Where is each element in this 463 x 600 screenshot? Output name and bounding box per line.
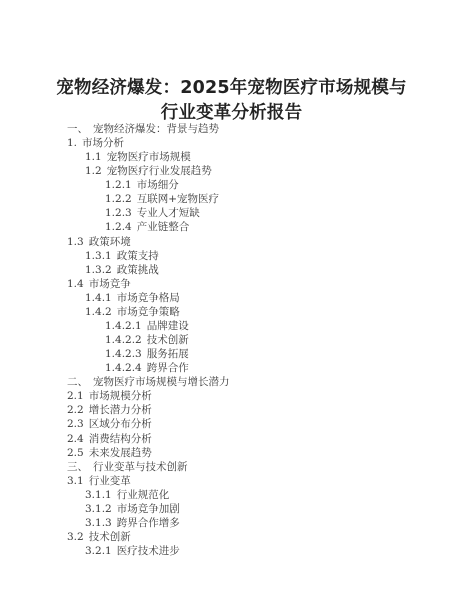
toc-entry-number: 1.4.1 — [85, 292, 112, 304]
toc-entry[interactable]: 3.1.3跨界合作增多 — [85, 516, 180, 530]
toc-entry-number: 3.1.1 — [85, 489, 112, 501]
toc-entry[interactable]: 1.4市场竞争 — [67, 277, 131, 291]
toc-entry[interactable]: 1.4.2.2技术创新 — [105, 333, 189, 347]
toc-entry-number: 1.2.4 — [105, 221, 132, 233]
toc-entry-text: 医疗技术进步 — [117, 545, 180, 557]
toc-entry[interactable]: 1.2宠物医疗行业发展趋势 — [85, 164, 212, 178]
toc-entry-text: 宠物经济爆发：背景与趋势 — [93, 123, 219, 135]
toc-entry-number: 1.4.2 — [85, 306, 112, 318]
toc-entry-text: 未来发展趋势 — [89, 447, 152, 459]
toc-entry-number: 1.3.2 — [85, 264, 112, 276]
toc-entry[interactable]: 1.2.2互联网+宠物医疗 — [105, 192, 219, 206]
toc-entry[interactable]: 1.4.1市场竞争格局 — [85, 291, 180, 305]
toc-entry-number: 2.5 — [67, 447, 84, 459]
toc-entry-text: 市场竞争格局 — [117, 292, 180, 304]
toc-entry[interactable]: 二、宠物医疗市场规模与增长潜力 — [67, 375, 230, 389]
toc-entry-text: 政策支持 — [117, 250, 159, 262]
toc-entry-text: 区域分布分析 — [89, 418, 152, 430]
toc-entry[interactable]: 2.3区域分布分析 — [67, 417, 152, 431]
toc-entry-text: 行业变革与技术创新 — [93, 461, 188, 473]
toc-entry[interactable]: 3.1.2市场竞争加剧 — [85, 502, 180, 516]
toc-entry-number: 1.4.2.4 — [105, 362, 142, 374]
toc-entry-number: 3.1.3 — [85, 517, 112, 529]
toc-entry-number: 一、 — [67, 123, 88, 135]
toc-entry-text: 技术创新 — [89, 531, 131, 543]
toc-entry-number: 1. — [67, 137, 77, 149]
toc-entry-text: 产业链整合 — [137, 221, 190, 233]
toc-entry-number: 1.2 — [85, 165, 102, 177]
toc-entry-text: 跨界合作 — [147, 362, 189, 374]
toc-entry-number: 3.1.2 — [85, 503, 112, 515]
toc-entry-text: 互联网+宠物医疗 — [137, 193, 219, 205]
toc-entry[interactable]: 1.3.1政策支持 — [85, 249, 159, 263]
toc-entry[interactable]: 3.2技术创新 — [67, 530, 131, 544]
toc-entry-text: 市场细分 — [137, 179, 179, 191]
toc-entry[interactable]: 1.1宠物医疗市场规模 — [85, 150, 191, 164]
toc-entry-number: 2.2 — [67, 404, 84, 416]
toc-entry-number: 3.2 — [67, 531, 84, 543]
toc-entry-text: 品牌建设 — [147, 320, 189, 332]
toc-entry-number: 三、 — [67, 461, 88, 473]
toc-entry[interactable]: 1.4.2.4跨界合作 — [105, 361, 189, 375]
toc-entry[interactable]: 1.2.3专业人才短缺 — [105, 206, 200, 220]
toc-entry-number: 1.2.2 — [105, 193, 132, 205]
toc-entry[interactable]: 1.3政策环境 — [67, 235, 131, 249]
toc-entry[interactable]: 三、行业变革与技术创新 — [67, 460, 188, 474]
toc-entry-number: 二、 — [67, 376, 88, 388]
toc-entry-number: 1.3.1 — [85, 250, 112, 262]
toc-entry[interactable]: 1.4.2市场竞争策略 — [85, 305, 180, 319]
document-title-line-2: 行业变革分析报告 — [0, 99, 463, 124]
toc-entry[interactable]: 2.4消费结构分析 — [67, 432, 152, 446]
toc-entry-number: 1.4.2.2 — [105, 334, 142, 346]
toc-entry[interactable]: 3.1.1行业规范化 — [85, 488, 169, 502]
toc-entry[interactable]: 1.2.4产业链整合 — [105, 220, 189, 234]
toc-entry-number: 1.3 — [67, 236, 84, 248]
toc-entry-text: 市场竞争 — [89, 278, 131, 290]
toc-entry-text: 消费结构分析 — [89, 433, 152, 445]
toc-entry[interactable]: 1.4.2.1品牌建设 — [105, 319, 189, 333]
toc-entry[interactable]: 2.1市场规模分析 — [67, 389, 152, 403]
document-title-line-1: 宠物经济爆发：2025年宠物医疗市场规模与 — [0, 74, 463, 99]
toc-entry-text: 服务拓展 — [147, 348, 189, 360]
toc-entry-text: 市场竞争加剧 — [117, 503, 180, 515]
toc-entry-text: 宠物医疗市场规模与增长潜力 — [93, 376, 230, 388]
toc-entry-number: 2.4 — [67, 433, 84, 445]
toc-entry-text: 政策挑战 — [117, 264, 159, 276]
toc-entry-text: 跨界合作增多 — [117, 517, 180, 529]
toc-entry[interactable]: 2.5未来发展趋势 — [67, 446, 152, 460]
toc-entry-number: 2.1 — [67, 390, 84, 402]
toc-entry[interactable]: 1.3.2政策挑战 — [85, 263, 159, 277]
toc-entry-text: 行业变革 — [89, 475, 131, 487]
toc-entry-text: 宠物医疗行业发展趋势 — [107, 165, 212, 177]
toc-entry-text: 市场分析 — [82, 137, 124, 149]
toc-entry-number: 3.2.1 — [85, 545, 112, 557]
toc-entry[interactable]: 3.1行业变革 — [67, 474, 131, 488]
toc-entry[interactable]: 1.4.2.3服务拓展 — [105, 347, 189, 361]
toc-entry-number: 1.4.2.1 — [105, 320, 142, 332]
toc-entry[interactable]: 一、宠物经济爆发：背景与趋势 — [67, 122, 219, 136]
toc-entry-text: 市场竞争策略 — [117, 306, 180, 318]
toc-entry-number: 3.1 — [67, 475, 84, 487]
toc-entry-text: 行业规范化 — [117, 489, 170, 501]
toc-entry-number: 1.2.1 — [105, 179, 132, 191]
toc-entry-text: 增长潜力分析 — [89, 404, 152, 416]
toc-entry-number: 1.2.3 — [105, 207, 132, 219]
toc-entry-text: 政策环境 — [89, 236, 131, 248]
toc-entry-number: 1.4 — [67, 278, 84, 290]
toc-entry[interactable]: 1.市场分析 — [67, 136, 124, 150]
toc-entry-number: 1.4.2.3 — [105, 348, 142, 360]
toc-entry-text: 宠物医疗市场规模 — [107, 151, 191, 163]
toc-entry-number: 1.1 — [85, 151, 102, 163]
toc-entry[interactable]: 2.2增长潜力分析 — [67, 403, 152, 417]
toc-entry-text: 技术创新 — [147, 334, 189, 346]
toc-entry-text: 市场规模分析 — [89, 390, 152, 402]
toc-entry-number: 2.3 — [67, 418, 84, 430]
toc-entry[interactable]: 1.2.1市场细分 — [105, 178, 179, 192]
toc-entry-text: 专业人才短缺 — [137, 207, 200, 219]
toc-entry[interactable]: 3.2.1医疗技术进步 — [85, 544, 180, 558]
document-page: 宠物经济爆发：2025年宠物医疗市场规模与 行业变革分析报告 一、宠物经济爆发：… — [0, 0, 463, 600]
